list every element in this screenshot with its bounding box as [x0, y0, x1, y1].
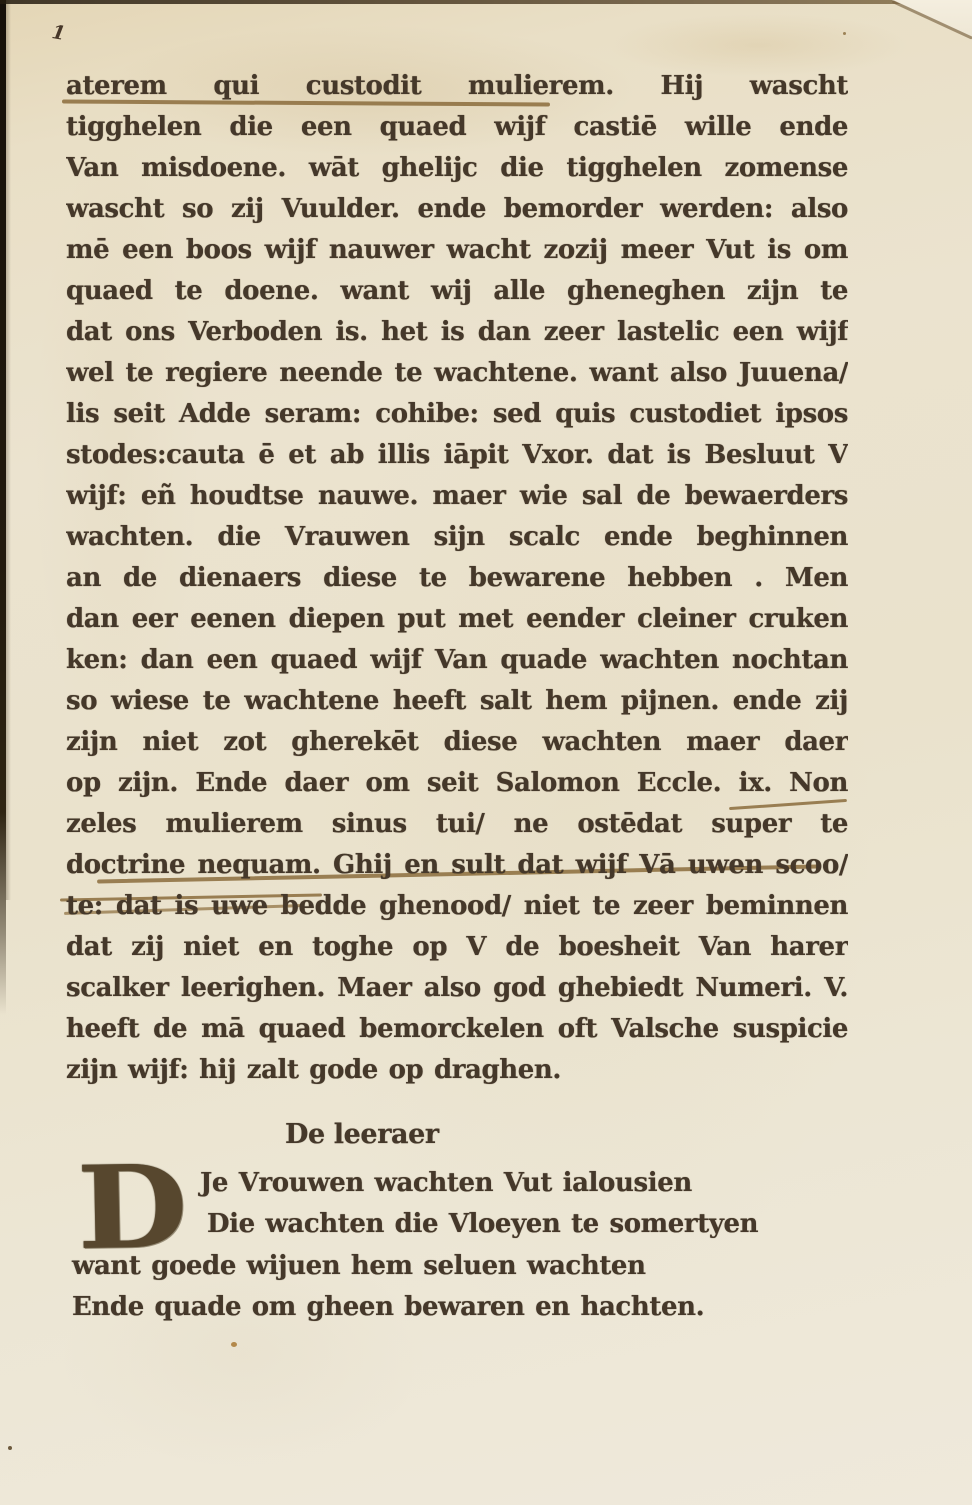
text-line: tigghelen die een quaed wijf castiē will…	[66, 107, 848, 148]
text-line: so wiese te wachtene heeft salt hem pijn…	[66, 681, 848, 722]
text-line: dat zij niet en toghe op V de boesheit V…	[66, 927, 848, 968]
text-line: te: dat is uwe bedde ghenood/ niet te ze…	[66, 886, 848, 927]
text-line: wascht so zij Vuulder. ende bemorder wer…	[66, 189, 848, 230]
text-line: scalker leerighen. Maer also god ghebied…	[66, 968, 848, 1009]
text-line: heeft de mā quaed bemorckelen oft Valsch…	[66, 1009, 848, 1050]
verse-line: want goede wijuen hem seluen wachten	[72, 1246, 646, 1287]
prose-text-block: aterem qui custodit mulierem. Hij wascht…	[66, 66, 848, 1091]
text-line: doctrine nequam. Ghij en sult dat wijf V…	[66, 845, 848, 886]
verse-line: Je Vrouwen wachten Vut ialousien	[200, 1163, 692, 1204]
text-line: zeles mulierem sinus tui/ ne ostēdat sup…	[66, 804, 848, 845]
speaker-heading: De leeraer	[285, 1114, 439, 1155]
text-line: lis seit Adde seram: cohibe: sed quis cu…	[66, 394, 848, 435]
text-line: dat ons Verboden is. het is dan zeer las…	[66, 312, 848, 353]
page-top-edge	[0, 0, 941, 4]
verse-line: Ende quade om gheen bewaren en hachten.	[72, 1287, 704, 1328]
book-gutter-shadow	[0, 0, 6, 1015]
text-line: wel te regiere neende te wachtene. want …	[66, 353, 848, 394]
paper-speck	[8, 1446, 12, 1450]
text-line: wachten. die Vrauwen sijn scalc ende beg…	[66, 517, 848, 558]
text-line: ken: dan een quaed wijf Van quade wachte…	[66, 640, 848, 681]
text-line: an de dienaers diese te bewarene hebben …	[66, 558, 848, 599]
verse-line: Die wachten die Vloeyen te somertyen	[207, 1204, 758, 1245]
text-line: wijf: eñ houdtse nauwe. maer wie sal de …	[66, 476, 848, 517]
text-line: quaed te doene. want wij alle gheneghen …	[66, 271, 848, 312]
text-line: mē een boos wijf nauwer wacht zozij meer…	[66, 230, 848, 271]
text-line: zijn niet zot gherekēt diese wachten mae…	[66, 722, 848, 763]
text-line: op zijn. Ende daer om seit Salomon Eccle…	[66, 763, 848, 804]
text-line: aterem qui custodit mulierem. Hij wascht…	[66, 66, 848, 107]
paper-speck	[231, 1342, 237, 1347]
paper-speck	[843, 32, 846, 35]
text-line: zijn wijf: hij zalt gode op draghen.	[66, 1050, 848, 1091]
text-line: Van misdoene. wāt ghelijc die tigghelen …	[66, 148, 848, 189]
drop-cap-initial: D	[76, 1158, 189, 1256]
text-line: dan eer eenen diepen put met eender clei…	[66, 599, 848, 640]
text-line: stodes:cauta ē et ab illis iāpit Vxor. d…	[66, 435, 848, 476]
